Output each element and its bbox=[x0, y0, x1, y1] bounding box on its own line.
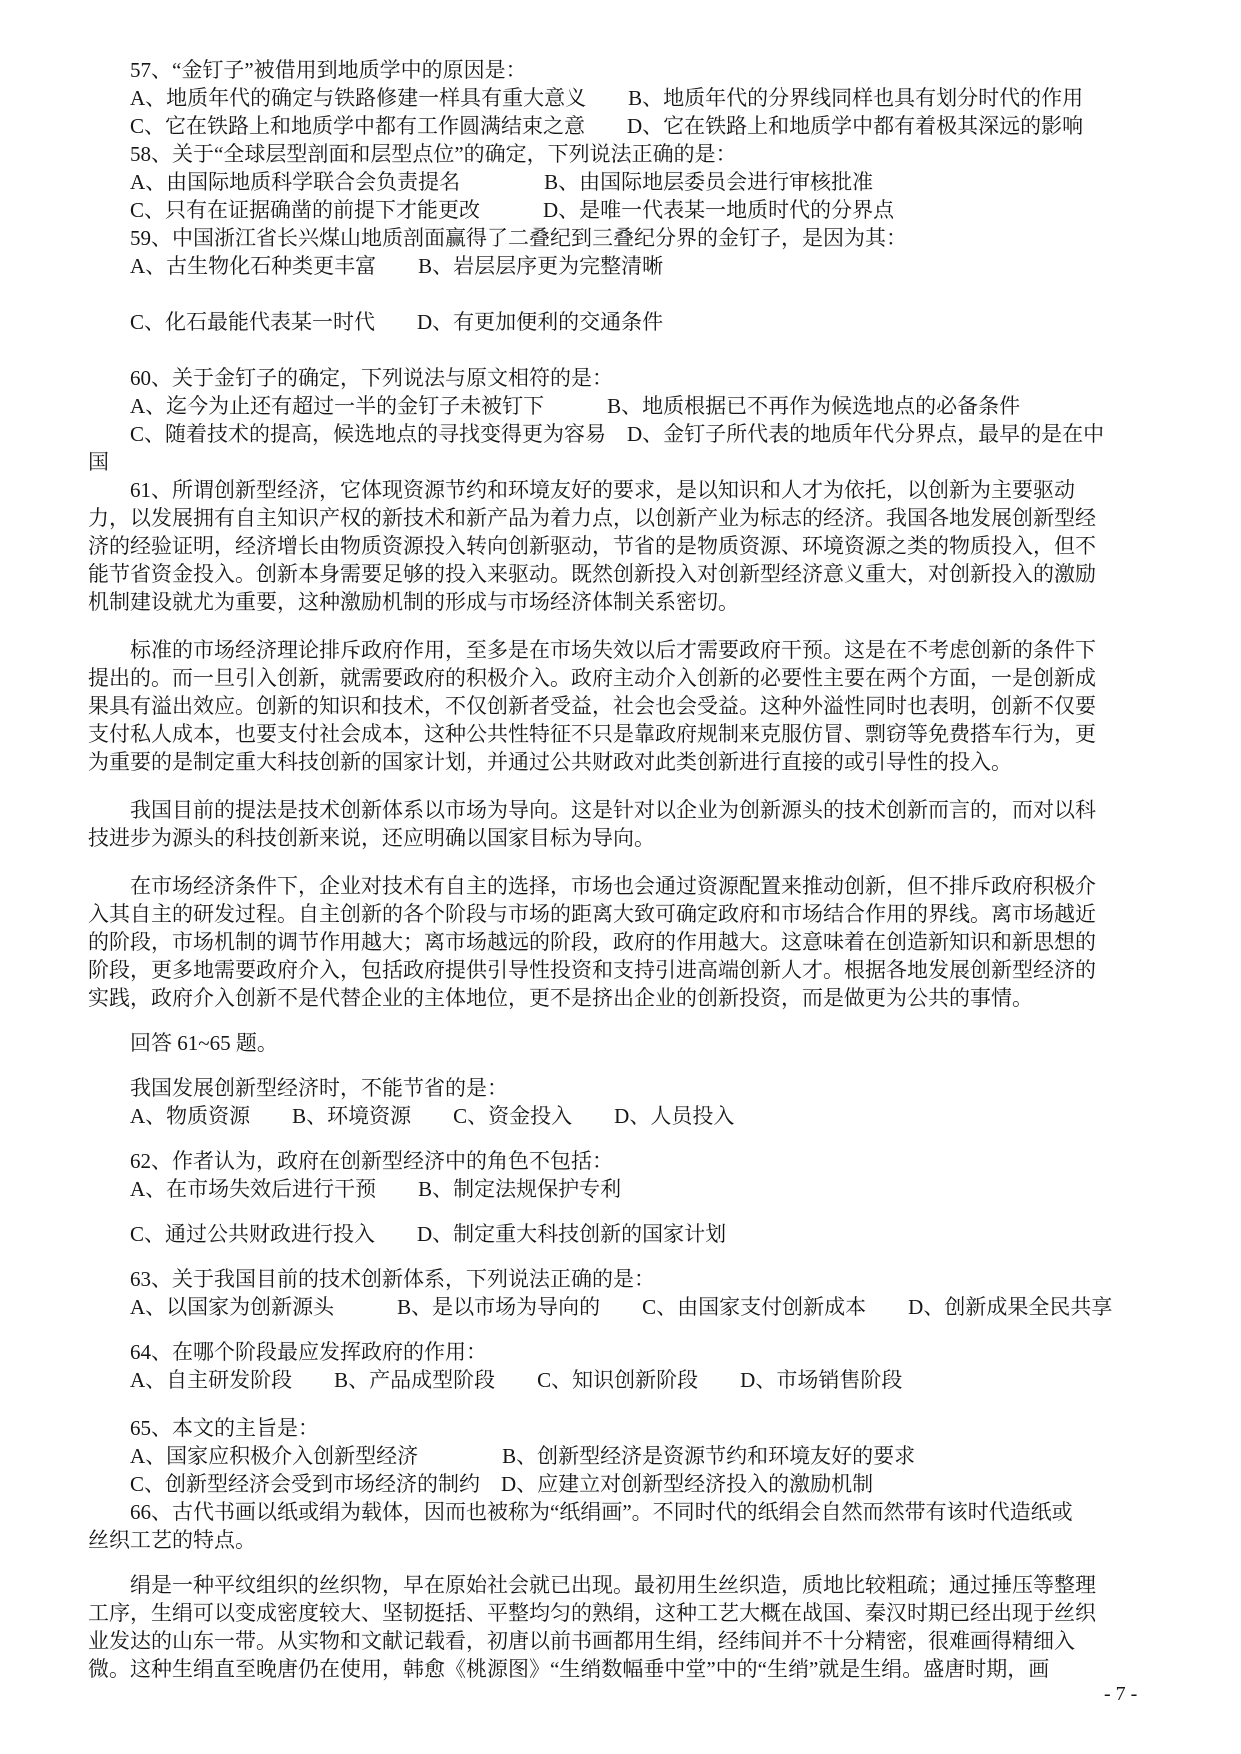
q57-options-cd: C、它在铁路上和地质学中都有工作圆满结束之意 D、它在铁路上和地质学中都有着极其… bbox=[88, 112, 1188, 140]
passage-61-line-2: 力，以发展拥有自主知识产权的新技术和新产品为着力点，以创新产业为标志的经济。我国… bbox=[88, 504, 1188, 532]
passage-para3-line-2: 技进步为源头的科技创新来说，还应明确以国家目标为导向。 bbox=[88, 824, 1188, 852]
q65-options-ab: A、国家应积极介入创新型经济 B、创新型经济是资源节约和环境友好的要求 bbox=[88, 1442, 1188, 1470]
q64-stem: 64、在哪个阶段最应发挥政府的作用： bbox=[88, 1338, 1188, 1366]
answer-range-note: 回答 61~65 题。 bbox=[88, 1029, 1188, 1057]
passage-silk-line-2: 工序，生绢可以变成密度较大、坚韧挺括、平整均匀的熟绢，这种工艺大概在战国、秦汉时… bbox=[88, 1599, 1188, 1627]
q59-options-cd: C、化石最能代表某一时代 D、有更加便利的交通条件 bbox=[88, 308, 1188, 336]
q62-options-ab: A、在市场失效后进行干预 B、制定法规保护专利 bbox=[88, 1175, 1188, 1203]
q57-stem: 57、“金钉子”被借用到地质学中的原因是： bbox=[88, 56, 1188, 84]
q66-intro-line-2: 丝织工艺的特点。 bbox=[88, 1526, 1188, 1554]
document-text-flow: 57、“金钉子”被借用到地质学中的原因是：A、地质年代的确定与铁路修建一样具有重… bbox=[88, 56, 1188, 1683]
passage-silk-line-4: 微。这种生绢直至晚唐仍在使用，韩愈《桃源图》“生绡数幅垂中堂”中的“生绡”就是生… bbox=[88, 1655, 1188, 1683]
passage-para4-line-5: 实践，政府介入创新不是代替企业的主体地位，更不是挤出企业的创新投资，而是做更为公… bbox=[88, 984, 1188, 1012]
q64-options-abcd: A、自主研发阶段 B、产品成型阶段 C、知识创新阶段 D、市场销售阶段 bbox=[88, 1366, 1188, 1394]
q59-stem: 59、中国浙江省长兴煤山地质剖面赢得了二叠纪到三叠纪分界的金钉子，是因为其： bbox=[88, 224, 1188, 252]
q58-options-ab: A、由国际地质科学联合会负责提名 B、由国际地层委员会进行审核批准 bbox=[88, 168, 1188, 196]
q61-options-abcd: A、物质资源 B、环境资源 C、资金投入 D、人员投入 bbox=[88, 1102, 1188, 1130]
document-page: 57、“金钉子”被借用到地质学中的原因是：A、地质年代的确定与铁路修建一样具有重… bbox=[0, 0, 1241, 1754]
q57-options-ab: A、地质年代的确定与铁路修建一样具有重大意义 B、地质年代的分界线同样也具有划分… bbox=[88, 84, 1188, 112]
passage-para4-line-3: 的阶段，市场机制的调节作用越大；离市场越远的阶段，政府的作用越大。这意味着在创造… bbox=[88, 928, 1188, 956]
q63-stem: 63、关于我国目前的技术创新体系，下列说法正确的是： bbox=[88, 1265, 1188, 1293]
passage-para2-line-1: 标准的市场经济理论排斥政府作用，至多是在市场失效以后才需要政府干预。这是在不考虑… bbox=[88, 636, 1188, 664]
q62-options-cd: C、通过公共财政进行投入 D、制定重大科技创新的国家计划 bbox=[88, 1220, 1188, 1248]
passage-61-line-3: 济的经验证明，经济增长由物质资源投入转向创新驱动，节省的是物质资源、环境资源之类… bbox=[88, 532, 1188, 560]
q59-options-ab: A、古生物化石种类更丰富 B、岩层层序更为完整清晰 bbox=[88, 252, 1188, 280]
passage-para2-line-3: 果具有溢出效应。创新的知识和技术，不仅创新者受益，社会也会受益。这种外溢性同时也… bbox=[88, 692, 1188, 720]
q65-options-cd: C、创新型经济会受到市场经济的制约 D、应建立对创新型经济投入的激励机制 bbox=[88, 1470, 1188, 1498]
passage-61-line-4: 能节省资金投入。创新本身需要足够的投入来驱动。既然创新投入对创新型经济意义重大，… bbox=[88, 560, 1188, 588]
page-number: - 7 - bbox=[1104, 1682, 1137, 1706]
q58-stem: 58、关于“全球层型剖面和层型点位”的确定，下列说法正确的是： bbox=[88, 140, 1188, 168]
q60-options-ab: A、迄今为止还有超过一半的金钉子未被钉下 B、地质根据已不再作为候选地点的必备条… bbox=[88, 392, 1188, 420]
passage-61-line-5: 机制建设就尤为重要，这种激励机制的形成与市场经济体制关系密切。 bbox=[88, 588, 1188, 616]
q62-stem: 62、作者认为，政府在创新型经济中的角色不包括： bbox=[88, 1147, 1188, 1175]
passage-para4-line-4: 阶段，更多地需要政府介入，包括政府提供引导性投资和支持引进高端创新人才。根据各地… bbox=[88, 956, 1188, 984]
q65-stem: 65、本文的主旨是： bbox=[88, 1414, 1188, 1442]
passage-61-line-1: 61、所谓创新型经济，它体现资源节约和环境友好的要求，是以知识和人才为依托，以创… bbox=[88, 476, 1188, 504]
q58-options-cd: C、只有在证据确凿的前提下才能更改 D、是唯一代表某一地质时代的分界点 bbox=[88, 196, 1188, 224]
q60-options-cd: C、随着技术的提高，候选地点的寻找变得更为容易 D、金钉子所代表的地质年代分界点… bbox=[88, 420, 1188, 448]
q60-stem: 60、关于金钉子的确定，下列说法与原文相符的是： bbox=[88, 364, 1188, 392]
q61-stem: 我国发展创新型经济时，不能节省的是： bbox=[88, 1074, 1188, 1102]
q63-options-abcd: A、以国家为创新源头 B、是以市场为导向的 C、由国家支付创新成本 D、创新成果… bbox=[88, 1293, 1188, 1321]
passage-para2-line-4: 支付私人成本，也要支付社会成本，这种公共性特征不只是靠政府规制来克服仿冒、剽窃等… bbox=[88, 720, 1188, 748]
passage-para2-line-5: 为重要的是制定重大科技创新的国家计划，并通过公共财政对此类创新进行直接的或引导性… bbox=[88, 748, 1188, 776]
passage-para3-line-1: 我国目前的提法是技术创新体系以市场为导向。这是针对以企业为创新源头的技术创新而言… bbox=[88, 796, 1188, 824]
passage-para2-line-2: 提出的。而一旦引入创新，就需要政府的积极介入。政府主动介入创新的必要性主要在两个… bbox=[88, 664, 1188, 692]
passage-silk-line-1: 绢是一种平纹组织的丝织物，早在原始社会就已出现。最初用生丝织造，质地比较粗疏；通… bbox=[88, 1571, 1188, 1599]
q66-intro-line-1: 66、古代书画以纸或绢为载体，因而也被称为“纸绢画”。不同时代的纸绢会自然而然带… bbox=[88, 1498, 1188, 1526]
q60-option-d-overflow: 国 bbox=[88, 448, 1188, 476]
passage-silk-line-3: 业发达的山东一带。从实物和文献记载看，初唐以前书画都用生绢，经纬间并不十分精密，… bbox=[88, 1627, 1188, 1655]
passage-para4-line-1: 在市场经济条件下，企业对技术有自主的选择，市场也会通过资源配置来推动创新，但不排… bbox=[88, 872, 1188, 900]
passage-para4-line-2: 入其自主的研发过程。自主创新的各个阶段与市场的距离大致可确定政府和市场结合作用的… bbox=[88, 900, 1188, 928]
